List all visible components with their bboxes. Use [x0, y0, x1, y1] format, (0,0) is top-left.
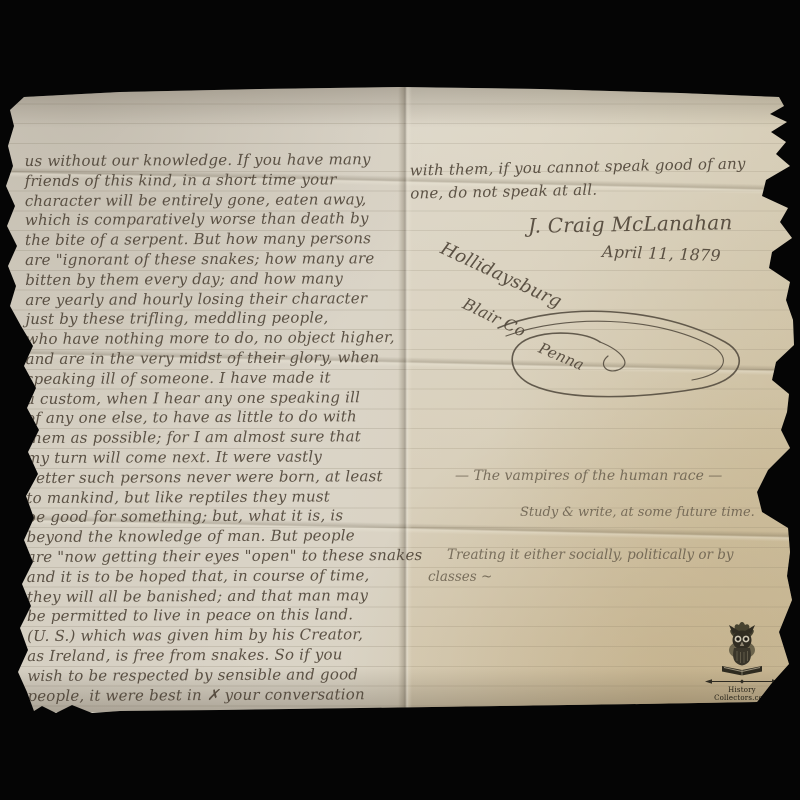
ornament-rule	[705, 703, 779, 710]
left-page-text: us without our knowledge. If you have ma…	[25, 150, 412, 706]
handwritten-line: who have nothing more to do, no object h…	[25, 328, 409, 350]
note-title: — The vampires of the human race —	[455, 468, 722, 484]
handwritten-line: (U. S.) which was given him by his Creat…	[27, 625, 411, 647]
handwritten-line: my turn will come next. It were vastly	[26, 447, 410, 469]
handwritten-line: be permitted to live in peace on this la…	[27, 605, 411, 627]
handwritten-line: to mankind, but like reptiles they must	[26, 487, 410, 509]
right-page-closing: with them, if you cannot speak good of a…	[410, 152, 747, 204]
handwritten-line: character will be entirely gone, eaten a…	[25, 190, 409, 212]
ornament-rule	[705, 678, 779, 685]
handwritten-line: are "ignorant of these snakes; how many …	[25, 249, 409, 271]
note-treating: Treating it either socially, politically…	[447, 547, 734, 563]
note-study: Study & write, at some future time.	[520, 505, 755, 520]
letter-photo: us without our knowledge. If you have ma…	[0, 0, 800, 800]
red-wax-fleck	[1, 146, 8, 162]
handwritten-line: just by these trifling, meddling people,	[25, 308, 409, 330]
seller-watermark: History Collectors.com	[700, 620, 784, 710]
owl-on-book-icon	[716, 620, 768, 678]
handwritten-line: of any one else, to have as little to do…	[26, 407, 410, 429]
letter-sheet: us without our knowledge. If you have ma…	[0, 0, 800, 800]
handwritten-line: speaking ill of someone. I have made it	[26, 368, 410, 390]
handwritten-line: and it is to be hoped that, in course of…	[27, 566, 411, 588]
handwritten-line: us without our knowledge. If you have ma…	[25, 150, 409, 172]
handwritten-line: and are in the very midst of their glory…	[26, 348, 410, 370]
handwritten-line: them as possible; for I am almost sure t…	[26, 427, 410, 449]
handwritten-line: are yearly and hourly losing their chara…	[25, 289, 409, 311]
note-classes: classes ~	[428, 569, 492, 585]
handwritten-line: which is comparatively worse than death …	[25, 209, 409, 231]
handwritten-line: they will all be banished; and that man …	[27, 586, 411, 608]
watermark-label: History Collectors.com	[700, 686, 784, 702]
handwritten-line: as Ireland, is free from snakes. So if y…	[27, 645, 411, 667]
handwritten-line: are "now getting their eyes "open" to th…	[27, 546, 411, 568]
handwritten-line: better such persons never were born, at …	[26, 467, 410, 489]
handwritten-line: friends of this kind, in a short time yo…	[25, 170, 409, 192]
handwritten-line: bitten by them every day; and how many	[25, 269, 409, 291]
handwritten-line: people, it were best in ✗ your conversat…	[27, 685, 411, 707]
handwritten-line: a custom, when I hear any one speaking i…	[26, 388, 410, 410]
handwritten-line: the bite of a serpent. But how many pers…	[25, 229, 409, 251]
handwritten-line: beyond the knowledge of man. But people	[27, 526, 411, 548]
handwritten-line: wish to be respected by sensible and goo…	[27, 665, 411, 687]
handwritten-line: be good for something; but, what it is, …	[26, 506, 410, 528]
flourish-swirl-icon	[420, 230, 780, 420]
